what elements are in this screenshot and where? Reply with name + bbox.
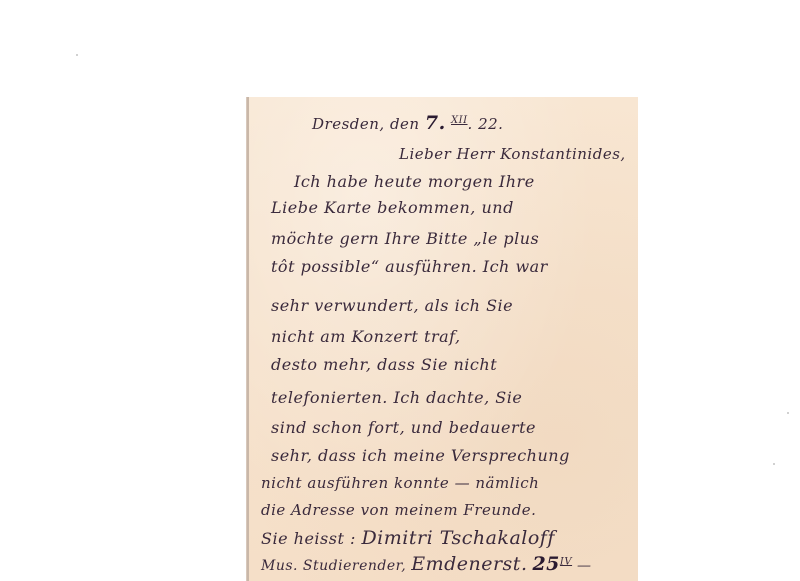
body-line: sind schon fort, und bedauerte [271, 420, 536, 436]
address-street: Emdenerst. [411, 553, 527, 575]
date-day: 7. [425, 112, 446, 134]
letter-date: Dresden, den 7. XII. 22. [312, 114, 503, 133]
dust-speck [76, 54, 78, 56]
body-line: nicht am Konzert traf, [271, 329, 461, 345]
body-line: Ich habe heute morgen Ihre [294, 174, 535, 190]
body-line: die Adresse von meinem Freunde. [261, 503, 536, 518]
body-line: desto mehr, dass Sie nicht [271, 357, 497, 373]
body-line: nicht ausführen konnte — nämlich [261, 476, 539, 491]
body-line: Liebe Karte bekommen, und [271, 200, 514, 216]
date-month: XII [451, 115, 468, 126]
name-prefix: Sie heisst : [261, 529, 356, 548]
date-year: . 22. [468, 115, 504, 133]
date-place: Dresden, den [312, 115, 420, 133]
body-line: telefonierten. Ich dachte, Sie [271, 390, 522, 406]
body-line: tôt possible“ ausführen. Ich war [271, 259, 548, 275]
address-floor: IV [560, 556, 572, 567]
dust-speck [773, 463, 775, 465]
letter-paper: Dresden, den 7. XII. 22. Lieber Herr Kon… [247, 97, 638, 581]
body-line: möchte gern Ihre Bitte „le plus [271, 231, 539, 247]
salutation: Lieber Herr Konstantinides, [399, 147, 626, 162]
address-dash: — [577, 558, 592, 574]
name-line: Sie heisst : Dimitri Tschakaloff [261, 529, 555, 548]
friend-name: Dimitri Tschakaloff [361, 527, 554, 549]
address-prefix: Mus. Studierender, [261, 558, 406, 574]
dust-speck [787, 412, 789, 414]
body-line: sehr verwundert, als ich Sie [271, 298, 513, 314]
address-line: Mus. Studierender, Emdenerst. 25IV — [261, 555, 592, 574]
body-line: sehr, dass ich meine Versprechung [271, 448, 570, 464]
address-number: 25 [532, 553, 559, 575]
scanned-page: Dresden, den 7. XII. 22. Lieber Herr Kon… [0, 0, 800, 581]
